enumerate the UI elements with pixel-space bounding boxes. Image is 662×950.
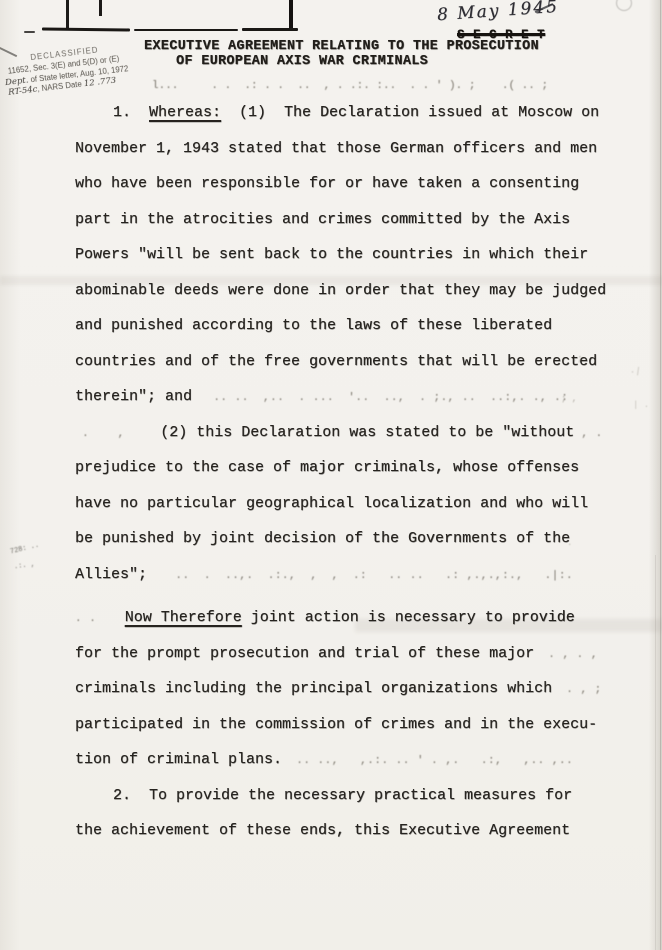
body-line: be punished by joint decision of the Gov… bbox=[75, 530, 635, 566]
photocopy-dash-artifact bbox=[134, 29, 238, 31]
body-line: therein"; and .. .. ,.. . ... '.. .., . … bbox=[75, 388, 635, 424]
body-line: Allies"; .. . ..,. .:., , , .: .. .. .: … bbox=[75, 566, 635, 602]
list-number: 1. bbox=[113, 104, 149, 121]
body-line: countries and of the free governments th… bbox=[75, 353, 635, 389]
paragraph-1: 1. Whereas: (1) The Declaration issued a… bbox=[75, 104, 635, 424]
paragraph-4: 2. To provide the necessary practical me… bbox=[75, 787, 635, 858]
body-line: 1. Whereas: (1) The Declaration issued a… bbox=[75, 104, 635, 140]
body-line: criminals including the principal organi… bbox=[75, 680, 635, 716]
body-text: tion of criminal plans. bbox=[75, 751, 282, 768]
underlined-text: Now Therefore bbox=[125, 609, 242, 626]
margin-mark: .| bbox=[629, 365, 641, 376]
body-text: (1) The Declaration issued at Moscow on bbox=[221, 104, 599, 121]
body-line: 2. To provide the necessary practical me… bbox=[75, 787, 635, 823]
margin-mark: ; , bbox=[561, 394, 577, 404]
illegible-bleedthrough: .. .., ,.:. .. ' . ,. .:, ,.. ,.. bbox=[282, 755, 573, 767]
illegible-bleedthrough: l... . . .: . . .. , . .:. :.. . . ' ). … bbox=[152, 80, 548, 92]
body-line: the achievement of these ends, this Exec… bbox=[75, 822, 635, 858]
photocopy-tick-artifact bbox=[99, 0, 102, 16]
margin-mark: , .; bbox=[561, 354, 583, 364]
body-line: participated in the commission of crimes… bbox=[75, 716, 635, 752]
illegible-bleedthrough: . , ; bbox=[552, 684, 602, 696]
body-line: November 1, 1943 stated that those Germa… bbox=[75, 140, 635, 176]
illegible-bleedthrough: .. . ..,. .:., , , .: .. .. .: ,.,.,:., … bbox=[147, 570, 573, 582]
margin-smudge: .:. , bbox=[14, 561, 36, 572]
body-line: part in the atrocities and crimes commit… bbox=[75, 211, 635, 247]
body-text: (2) this Declaration was stated to be "w… bbox=[160, 424, 574, 441]
body-text: Allies"; bbox=[75, 566, 147, 583]
illegible-bleedthrough: . . bbox=[75, 613, 125, 625]
document-page: 8 May 1945 S-E-C-R-E-T DECLASSIFIED11652… bbox=[0, 0, 662, 950]
illegible-bleedthrough: , . bbox=[574, 428, 602, 440]
margin-mark: | . bbox=[633, 400, 649, 410]
smudge-circle-artifact bbox=[616, 0, 632, 11]
body-line: Powers "will be sent back to the countri… bbox=[75, 246, 635, 282]
margin-smudge: 728: .. bbox=[9, 542, 39, 557]
body-line: and punished according to the laws of th… bbox=[75, 317, 635, 353]
underlined-text: Whereas: bbox=[149, 104, 221, 121]
illegible-bleedthrough: . , bbox=[75, 428, 160, 440]
photocopy-dash-artifact bbox=[42, 28, 130, 32]
body-line: . , (2) this Declaration was stated to b… bbox=[75, 424, 635, 460]
page-edge-line bbox=[660, 0, 661, 950]
body-text: joint action is necessary to provide bbox=[242, 609, 575, 626]
body-line: for the prompt prosecution and trial of … bbox=[75, 645, 635, 681]
body-line: prejudice to the case of major criminals… bbox=[75, 459, 635, 495]
paragraph-3: . . Now Therefore joint action is necess… bbox=[75, 609, 635, 787]
body-text: therein"; and bbox=[75, 388, 192, 405]
body-line: . . Now Therefore joint action is necess… bbox=[75, 609, 635, 645]
body-line: have no particular geographical localiza… bbox=[75, 495, 635, 531]
photocopy-dash-artifact bbox=[242, 28, 298, 31]
body-line: who have been responsible for or have ta… bbox=[75, 175, 635, 211]
declass-handwriting: RT-54c bbox=[8, 85, 38, 98]
illegible-bleedthrough: . , . , bbox=[534, 649, 598, 661]
page-crease-line bbox=[655, 555, 656, 950]
photocopy-dash-artifact bbox=[24, 31, 35, 33]
margin-mark: . bbox=[567, 538, 572, 548]
paragraph-2: . , (2) this Declaration was stated to b… bbox=[75, 424, 635, 602]
document-body: 1. Whereas: (1) The Declaration issued a… bbox=[75, 104, 635, 858]
handwritten-date: 8 May 1945 bbox=[436, 0, 559, 25]
body-text: criminals including the principal organi… bbox=[75, 680, 552, 697]
body-line: abominable deeds were done in order that… bbox=[75, 282, 635, 318]
page-title-line1: EXECUTIVE AGREEMENT RELATING TO THE PROS… bbox=[144, 39, 539, 54]
illegible-bleedthrough: .. .. ,.. . ... '.. .., . ;., .. ..:,. .… bbox=[192, 392, 568, 404]
body-line: tion of criminal plans. .. .., ,.:. .. '… bbox=[75, 751, 635, 787]
body-text: for the prompt prosecution and trial of … bbox=[75, 645, 534, 662]
declass-handwriting: 12 .773 bbox=[83, 76, 116, 90]
page-title-line2: OF EUROPEAN AXIS WAR CRIMINALS bbox=[176, 54, 428, 69]
